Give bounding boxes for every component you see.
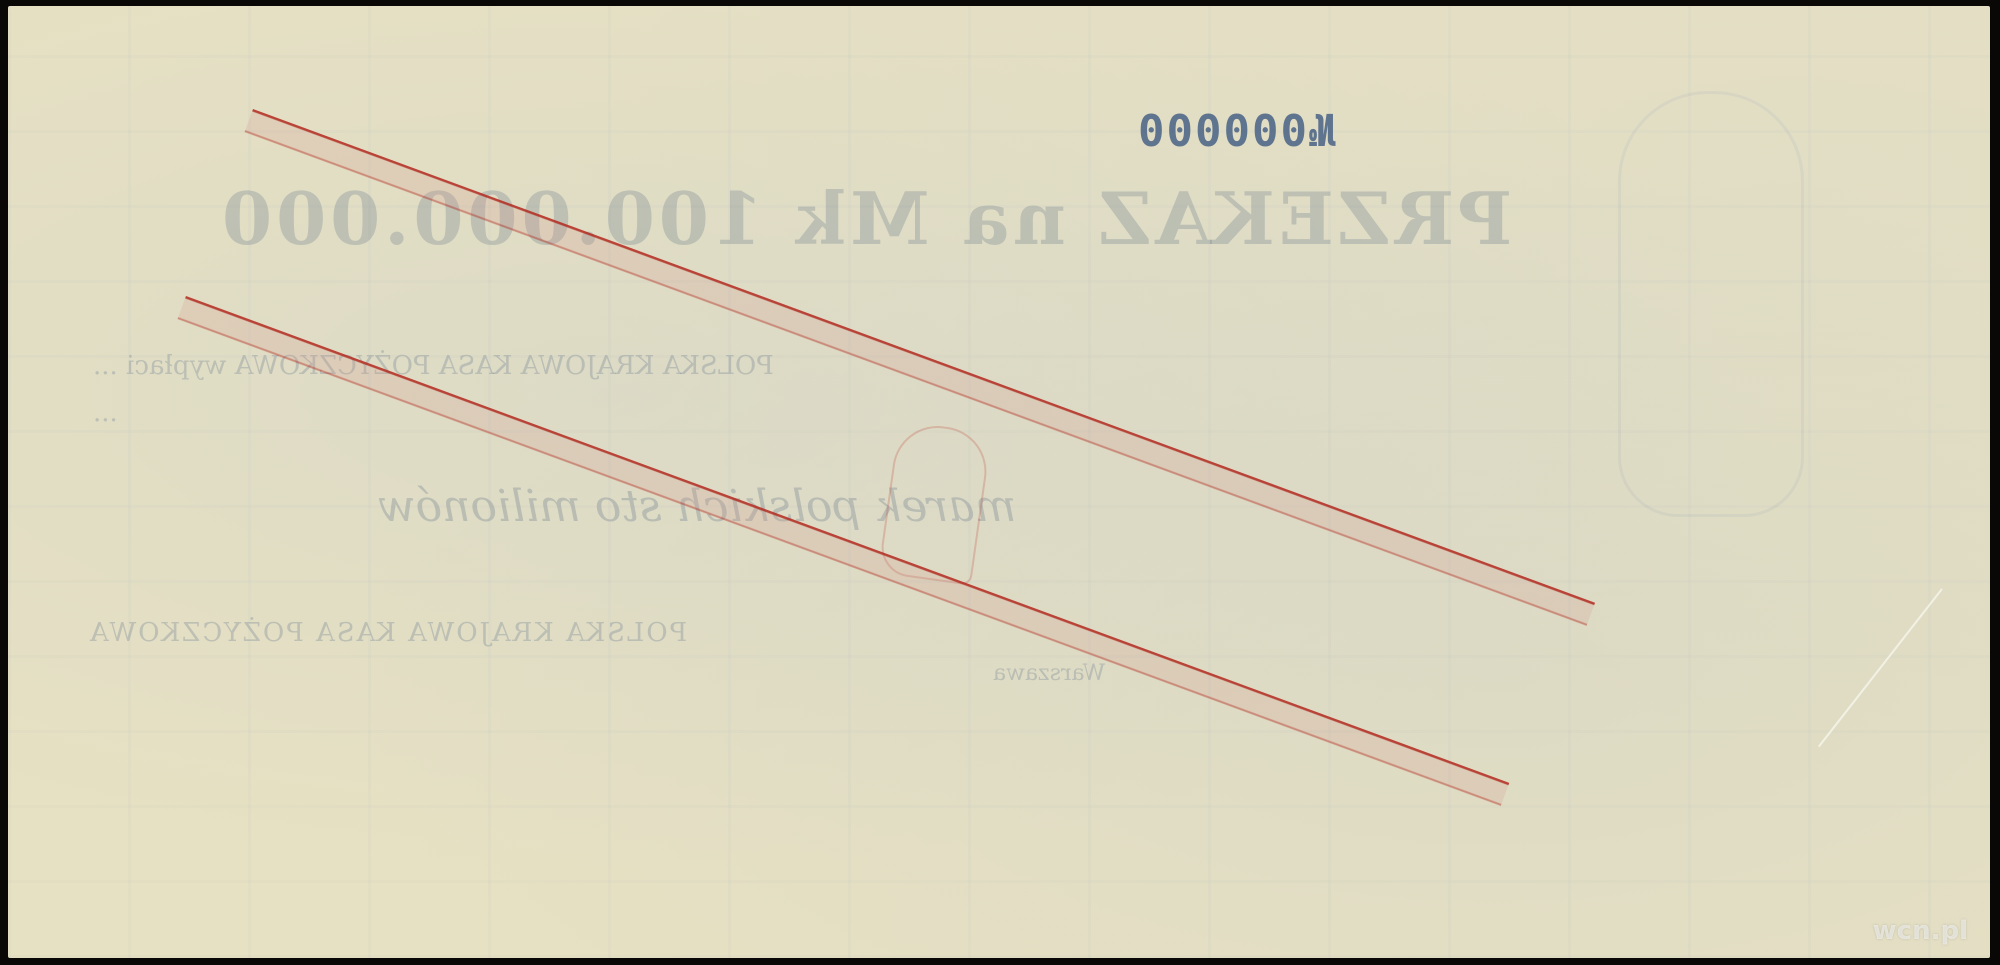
serial-number: №000000 [1136,106,1335,157]
mirrored-body-line-2: ... [93,398,118,428]
mirrored-body-line-1: POLSKA KRAJOWA KASA POŻYCZKOWA wypłaci .… [93,351,774,381]
banknote-paper: PRZEKAZ na Mk 100.000.000 POLSKA KRAJOWA… [8,6,1990,958]
mirrored-issuer: POLSKA KRAJOWA KASA POŻYCZKOWA [88,618,687,648]
site-watermark: wcn.pl [1873,916,1968,946]
mirrored-place: Warszawa [993,661,1105,686]
scan-frame: PRZEKAZ na Mk 100.000.000 POLSKA KRAJOWA… [0,0,2000,965]
portrait-watermark [1618,91,1804,517]
